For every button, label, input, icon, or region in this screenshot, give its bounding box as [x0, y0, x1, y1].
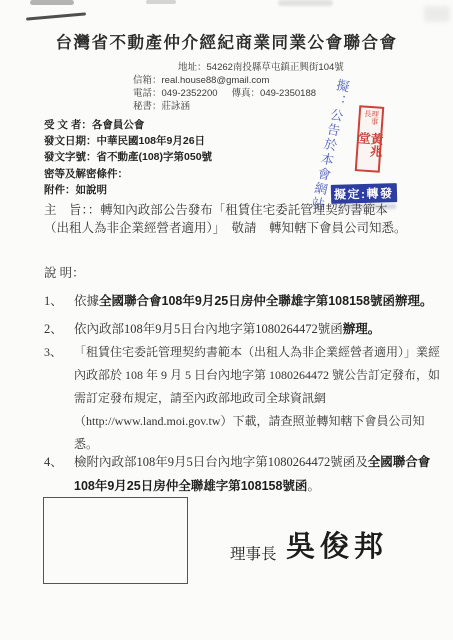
item-text-normal: 檢附內政部108年9月5日台內地字第1080264472號函及 [74, 455, 368, 469]
explanation-item-3: 3、 「租賃住宅委託管理契約書範本（出租人為非企業經營者適用）」業經內政部於 1… [44, 341, 446, 456]
item-text-normal: 依據 [74, 294, 99, 308]
email-value: real.house88@gmail.com [162, 75, 270, 86]
explanation-item-2: 2、 依內政部108年9月5日台內地字第1080264472號函辦理。 [44, 319, 446, 337]
classification-label: 密等及解密條件： [44, 168, 128, 180]
phone-value: 049-2352200 [162, 88, 218, 99]
item-number: 3、 [44, 341, 74, 456]
item-number: 4、 [44, 450, 74, 498]
item-text: 「租賃住宅委託管理契約書範本（出租人為非企業經營者適用）」業經內政部於 108 … [74, 341, 446, 456]
faint-print-artifact [338, 204, 396, 209]
attachment-label: 附件： [44, 184, 76, 196]
scan-smudge [424, 6, 450, 22]
explanation-item-1: 1、 依據全國聯合會108年9月25日房仲全聯雄字第108158號函辦理。 [44, 291, 446, 309]
seal-title: 理事長 [363, 110, 379, 133]
attachment-value: 如說明 [76, 184, 108, 196]
item-text-bold: 辦理。 [343, 322, 381, 336]
scan-smudge [146, 0, 176, 4]
seal-name: 黃兆堂 [355, 131, 382, 169]
item-number: 1、 [44, 291, 74, 309]
issue-date-line: 發文日期：中華民國108年9月26日 [44, 133, 212, 149]
recipient-label: 受 文 者： [44, 119, 92, 131]
approval-blue-stamp: 擬定:轉發 [331, 183, 397, 204]
recipient-value: 各會員公會 [92, 119, 145, 131]
address-value: 54262南投縣草屯鎮正興街104號 [207, 62, 344, 73]
item-text-normal: 依內政部108年9月5日台內地字第1080264472號函 [74, 322, 343, 336]
document-meta-block: 受 文 者：各會員公會 發文日期：中華民國108年9月26日 發文字號：省不動產… [44, 117, 212, 198]
contact-block: 地址：54262南投縣草屯鎮正興街104號 信箱：real.house88@gm… [133, 61, 344, 113]
scanned-official-letter: 台灣省不動產仲介經紀商業同業公會聯合會 地址：54262南投縣草屯鎮正興街104… [0, 0, 453, 640]
scan-smudge [30, 0, 74, 5]
doc-number-value: 省不動產(108)字第050號 [97, 151, 213, 163]
email-line: 信箱：real.house88@gmail.com [133, 74, 344, 87]
chairman-red-seal: 理事長 黃兆堂 [355, 105, 385, 173]
scan-smudge [278, 0, 333, 6]
fax-value: 049-2350188 [260, 88, 316, 99]
address-label: 地址： [178, 62, 207, 73]
phone-fax-line: 電話：049-2352200傳真：049-2350188 [133, 87, 344, 100]
item-text-normal: 「租賃住宅委託管理契約書範本（出租人為非企業經營者適用）」業經內政部於 108 … [74, 345, 440, 451]
recipient-line: 受 文 者：各會員公會 [44, 117, 212, 133]
item-number: 2、 [44, 319, 74, 337]
secretary-line: 秘書：莊詠涵 [133, 100, 344, 113]
subject-label: 主 旨： [44, 203, 88, 217]
issue-date-value: 中華民國108年9月26日 [97, 135, 206, 147]
secretary-label: 秘書： [133, 101, 162, 112]
address-line: 地址：54262南投縣草屯鎮正興街104號 [133, 61, 344, 74]
item-text: 依據全國聯合會108年9月25日房仲全聯雄字第108158號函辦理。 [74, 291, 446, 309]
fax-label: 傳真： [232, 88, 261, 99]
doc-number-label: 發文字號： [44, 151, 97, 163]
item-text-bold: 全國聯合會108年9月25日房仲全聯雄字第108158號函辦理。 [99, 294, 432, 308]
issue-date-label: 發文日期： [44, 135, 97, 147]
empty-stamp-box [43, 497, 188, 584]
secretary-value: 莊詠涵 [162, 101, 191, 112]
pen-mark [26, 12, 86, 20]
item-text: 依內政部108年9月5日台內地字第1080264472號函辦理。 [74, 319, 446, 337]
attachment-line: 附件：如說明 [44, 182, 212, 198]
item-text-normal: 。 [307, 479, 320, 493]
explanation-item-4: 4、 檢附內政部108年9月5日台內地字第1080264472號函及全國聯合會1… [44, 450, 446, 498]
signature-name: 吳俊邦 [286, 524, 388, 565]
signature-title: 理事長 [230, 542, 277, 564]
organization-title: 台灣省不動產仲介經紀商業同業公會聯合會 [0, 29, 453, 53]
item-text: 檢附內政部108年9月5日台內地字第1080264472號函及全國聯合會108年… [74, 450, 446, 498]
doc-number-line: 發文字號：省不動產(108)字第050號 [44, 149, 212, 165]
classification-line: 密等及解密條件： [44, 166, 212, 182]
phone-label: 電話： [133, 88, 162, 99]
email-label: 信箱： [133, 75, 162, 86]
explanation-heading: 說 明： [44, 263, 85, 281]
